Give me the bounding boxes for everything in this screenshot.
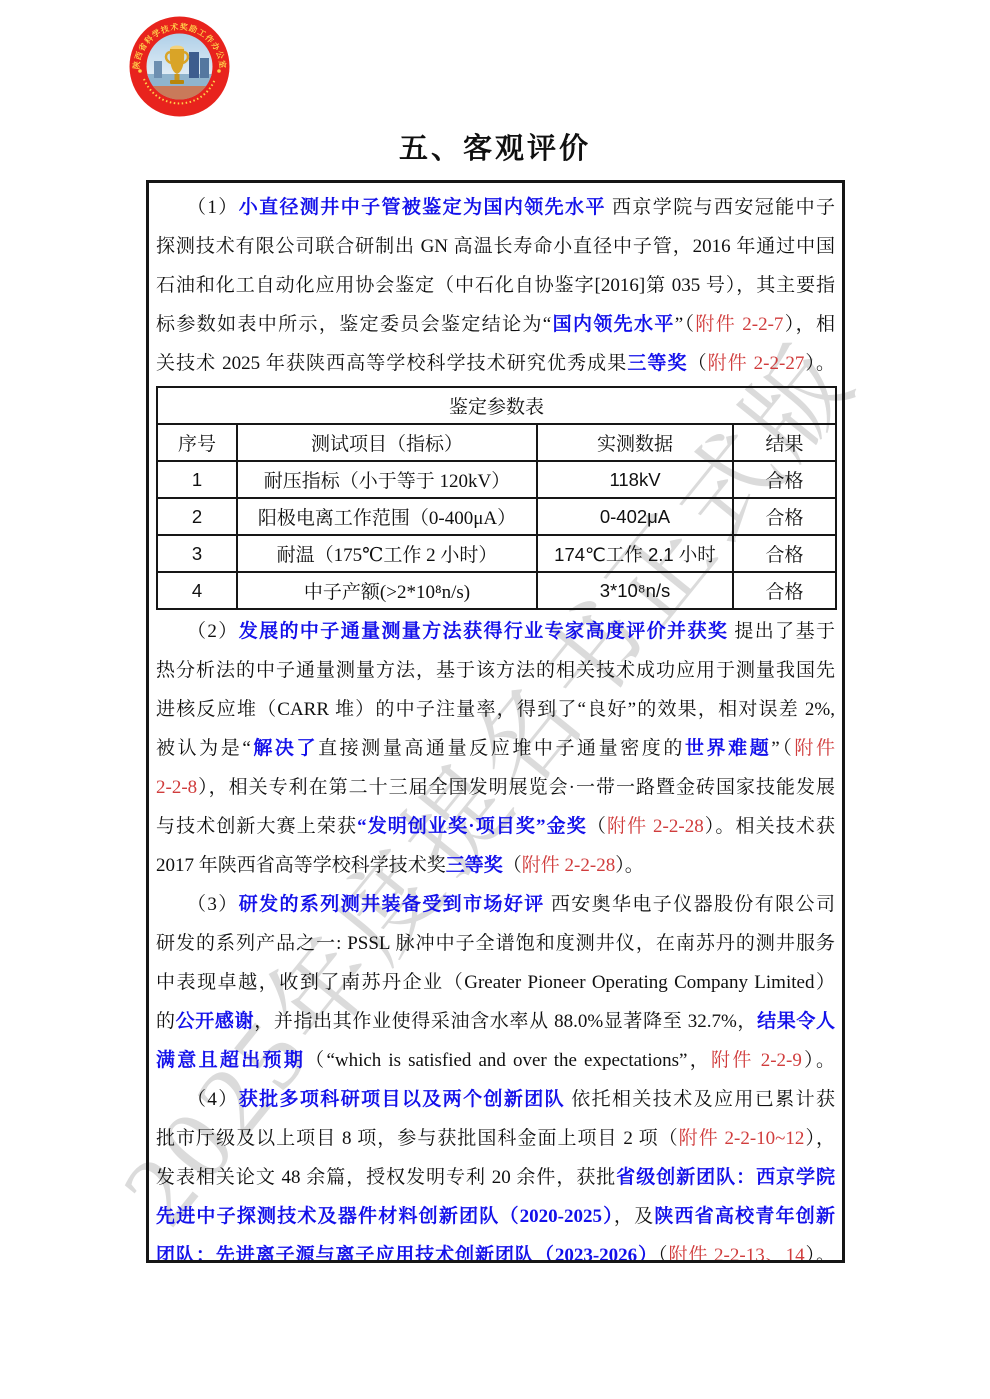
body-text: （ <box>503 855 522 876</box>
body-text: ）， <box>804 1128 835 1149</box>
paragraph-line: 进核反应堆（CARR 堆）的中子注量率，得到了“良好”的效果，相对误差 2%, <box>156 690 835 729</box>
body-text: ，及 <box>614 1206 654 1227</box>
paragraph-line: 被认为是“解决了直接测量高通量反应堆中子通量密度的世界难题”（附件 <box>156 729 835 768</box>
table-cell: 118kV <box>537 461 733 498</box>
highlight-text: 先进中子探测技术及器件材料创新团队（2020-2025） <box>156 1206 614 1227</box>
attachment-ref: 附件 2-2-27 <box>708 353 805 374</box>
column-header-test-item: 测试项目（指标） <box>237 424 537 461</box>
table-cell: 合格 <box>733 461 836 498</box>
table-cell: 174℃工作 2.1 小时 <box>537 535 733 572</box>
paragraph-line: 与技术创新大赛上荣获“发明创业奖·项目奖”金奖（附件 2-2-28）。相关技术获 <box>156 807 835 846</box>
body-text: ）。 <box>805 1245 835 1263</box>
body-text: 提出了基于 <box>728 621 835 642</box>
body-text: 的 <box>156 1011 176 1032</box>
body-text: ”（ <box>771 738 794 759</box>
paragraph-line: 研发的系列产品之一: PSSL 脉冲中子全谱饱和度测井仪，在南苏丹的测井服务 <box>156 924 835 963</box>
highlight-text: 公开感谢 <box>176 1011 255 1032</box>
table-cell: 中子产额(>2*10⁸n/s) <box>237 572 537 609</box>
paragraph-line: 团队：先进离子源与离子应用技术创新团队（2023-2026）（附件 2-2-13… <box>156 1236 835 1263</box>
attachment-ref: 附件 2-2-13、14 <box>668 1245 804 1263</box>
page-title: 五、客观评价 <box>0 126 990 167</box>
table-cell: 合格 <box>733 498 836 535</box>
highlight-text: 研发的系列测井装备受到市场好评 <box>239 894 545 915</box>
paragraph-line: 先进中子探测技术及器件材料创新团队（2020-2025），及陕西省高校青年创新 <box>156 1197 835 1236</box>
table-cell: 2 <box>157 498 237 535</box>
table-title: 鉴定参数表 <box>157 387 836 424</box>
logo-star-left <box>138 69 142 73</box>
body-text: ）。 <box>804 353 835 374</box>
body-text: 热分析法的中子通量测量方法，基于该方法的相关技术成功应用于测量我国先 <box>156 660 835 681</box>
body-text: 批市厅级及以上项目 8 项，参与获批国科金面上项目 2 项（ <box>156 1128 679 1149</box>
paragraphs: （2）发展的中子通量测量方法获得行业专家高度评价并获奖 提出了基于热分析法的中子… <box>156 612 835 1263</box>
body-text: ，并指出其作业使得采油含水率从 88.0%显著降至 32.7%， <box>254 1011 757 1032</box>
column-header-measured-data: 实测数据 <box>537 424 733 461</box>
body-text: （ <box>688 353 708 374</box>
body-text: （3） <box>187 894 239 915</box>
content-box: （1）小直径测井中子管被鉴定为国内领先水平 西京学院与西安冠能中子探测技术有限公… <box>146 180 845 1263</box>
table-cell: 合格 <box>733 535 836 572</box>
body-text: 研发的系列产品之一: PSSL 脉冲中子全谱饱和度测井仪，在南苏丹的测井服务 <box>156 933 835 954</box>
body-text: 西京学院与西安冠能中子 <box>606 197 835 218</box>
table-header-row: 序号 测试项目（指标） 实测数据 结果 <box>157 424 836 461</box>
body-text: 石油和化工自动化应用协会鉴定（中石化自协鉴字[2016]第 035 号），其主要… <box>156 275 835 296</box>
highlight-text: “发明创业奖·项目奖”金奖 <box>357 816 587 837</box>
body-text: 2017 年陕西省高等学校科学技术奖 <box>156 855 446 876</box>
body-text: （ <box>587 816 607 837</box>
highlight-text: 省级创新团队：西京学院 <box>616 1167 835 1188</box>
highlight-text: 陕西省高校青年创新 <box>654 1206 835 1227</box>
paragraph: （2）发展的中子通量测量方法获得行业专家高度评价并获奖 提出了基于热分析法的中子… <box>156 612 835 885</box>
table-title-row: 鉴定参数表 <box>157 387 836 424</box>
highlight-text: 三等奖 <box>627 353 687 374</box>
paragraph-line: 批市厅级及以上项目 8 项，参与获批国科金面上项目 2 项（附件 2-2-10~… <box>156 1119 835 1158</box>
paragraph-line: 的公开感谢，并指出其作业使得采油含水率从 88.0%显著降至 32.7%，结果令… <box>156 1002 835 1041</box>
paragraph-line: 中表现卓越，收到了南苏丹企业（Greater Pioneer Operating… <box>156 963 835 1002</box>
table-row: 4中子产额(>2*10⁸n/s)3*10⁸n/s合格 <box>157 572 836 609</box>
attachment-ref: 附件 2-2-10~12 <box>679 1128 805 1149</box>
paragraph-line: 2017 年陕西省高等学校科学技术奖三等奖（附件 2-2-28）。 <box>156 846 835 885</box>
paragraph: （1）小直径测井中子管被鉴定为国内领先水平 西京学院与西安冠能中子探测技术有限公… <box>156 188 835 383</box>
paragraph-line: （1）小直径测井中子管被鉴定为国内领先水平 西京学院与西安冠能中子 <box>156 188 835 227</box>
body-text: （2） <box>187 621 239 642</box>
paragraph-line: 热分析法的中子通量测量方法，基于该方法的相关技术成功应用于测量我国先 <box>156 651 835 690</box>
highlight-text: 解决了 <box>251 738 318 759</box>
body-text: ），相 <box>783 314 835 335</box>
paragraph-line: （3）研发的系列测井装备受到市场好评 西安奥华电子仪器股份有限公司 <box>156 885 835 924</box>
body-text: 标参数如表中所示，鉴定委员会鉴定结论为“ <box>156 314 551 335</box>
table-body: 1耐压指标（小于等于 120kV）118kV合格2阳极电离工作范围（0-400μ… <box>157 461 836 609</box>
table-cell: 耐压指标（小于等于 120kV） <box>237 461 537 498</box>
column-header-index: 序号 <box>157 424 237 461</box>
body-text: ）。相关技术获 <box>704 816 835 837</box>
highlight-text: 结果令人 <box>757 1011 835 1032</box>
body-text: （4） <box>187 1089 239 1110</box>
table-cell: 4 <box>157 572 237 609</box>
body-text: ”（ <box>675 314 696 335</box>
appraisal-parameters-table: 鉴定参数表 序号 测试项目（指标） 实测数据 结果 1耐压指标（小于等于 120… <box>156 386 837 610</box>
body-text: 被认为是“ <box>156 738 251 759</box>
highlight-text: 团队：先进离子源与离子应用技术创新团队（2023-2026） <box>156 1245 658 1263</box>
body-text: 西安奥华电子仪器股份有限公司 <box>545 894 835 915</box>
body-text: 与技术创新大赛上荣获 <box>156 816 357 837</box>
highlight-text: 国内领先水平 <box>551 314 675 335</box>
paragraph-line: （2）发展的中子通量测量方法获得行业专家高度评价并获奖 提出了基于 <box>156 612 835 651</box>
table-cell: 1 <box>157 461 237 498</box>
table-cell: 阳极电离工作范围（0-400μA） <box>237 498 537 535</box>
highlight-text: 发展的中子通量测量方法获得行业专家高度评价并获奖 <box>239 621 729 642</box>
paragraph-line: 标参数如表中所示，鉴定委员会鉴定结论为“国内领先水平”（附件 2-2-7），相 <box>156 305 835 344</box>
body-text: ），相关专利在第二十三届全国发明展览会·一带一路暨金砖国家技能发展 <box>197 777 835 798</box>
paragraph-line: 2-2-8），相关专利在第二十三届全国发明展览会·一带一路暨金砖国家技能发展 <box>156 768 835 807</box>
paragraph-line: 关技术 2025 年获陕西高等学校科学技术研究优秀成果三等奖（附件 2-2-27… <box>156 344 835 383</box>
table-row: 2阳极电离工作范围（0-400μA）0-402μA合格 <box>157 498 836 535</box>
paragraph-line: （4）获批多项科研项目以及两个创新团队 依托相关技术及应用已累计获 <box>156 1080 835 1119</box>
body-text: 进核反应堆（CARR 堆）的中子注量率，得到了“良好”的效果，相对误差 2%, <box>156 699 835 720</box>
highlight-text: 小直径测井中子管被鉴定为国内领先水平 <box>239 197 606 218</box>
body-text: 中表现卓越，收到了南苏丹企业（Greater Pioneer Operating… <box>156 972 835 993</box>
attachment-ref: 2-2-8 <box>156 777 197 798</box>
paragraph-line: 石油和化工自动化应用协会鉴定（中石化自协鉴字[2016]第 035 号），其主要… <box>156 266 835 305</box>
table-row: 1耐压指标（小于等于 120kV）118kV合格 <box>157 461 836 498</box>
attachment-ref: 附件 2-2-7 <box>695 314 783 335</box>
paragraph-line: 发表相关论文 48 余篇，授权发明专利 20 余件，获批省级创新团队：西京学院 <box>156 1158 835 1197</box>
award-office-logo: 陕西省科学技术奖励工作办公室 <box>127 14 232 119</box>
body-text: 关技术 2025 年获陕西高等学校科学技术研究优秀成果 <box>156 353 627 374</box>
highlight-text: 满意且超出预期 <box>156 1050 305 1071</box>
body-text: ）。 <box>802 1050 835 1071</box>
paragraph: （4）获批多项科研项目以及两个创新团队 依托相关技术及应用已累计获批市厅级及以上… <box>156 1080 835 1263</box>
column-header-result: 结果 <box>733 424 836 461</box>
body-text: ）。 <box>615 855 644 876</box>
document-page: 陕西省科学技术奖励工作办公室 五、客观评价 2025年度提名书正式版 （1）小直… <box>0 0 990 1399</box>
logo-star-right <box>217 69 221 73</box>
body-text: 依托相关技术及应用已累计获 <box>565 1089 835 1110</box>
paragraph: （3）研发的系列测井装备受到市场好评 西安奥华电子仪器股份有限公司研发的系列产品… <box>156 885 835 1080</box>
paragraph-line: 满意且超出预期（“which is satisfied and over the… <box>156 1041 835 1080</box>
table-cell: 合格 <box>733 572 836 609</box>
table-row: 3耐温（175℃工作 2 小时）174℃工作 2.1 小时合格 <box>157 535 836 572</box>
highlight-text: 世界难题 <box>685 738 771 759</box>
attachment-ref: 附件 2-2-9 <box>711 1050 802 1071</box>
body-text: （ <box>658 1245 668 1263</box>
highlight-text: 获批多项科研项目以及两个创新团队 <box>239 1089 565 1110</box>
table-cell: 3 <box>157 535 237 572</box>
attachment-ref: 附件 2-2-28 <box>607 816 704 837</box>
body-text: 探测技术有限公司联合研制出 GN 高温长寿命小直径中子管，2016 年通过中国 <box>156 236 835 257</box>
table-cell: 0-402μA <box>537 498 733 535</box>
body-text: （“which is satisfied and over the expect… <box>305 1050 711 1071</box>
paragraph-line: 探测技术有限公司联合研制出 GN 高温长寿命小直径中子管，2016 年通过中国 <box>156 227 835 266</box>
attachment-ref: 附件 <box>794 738 835 759</box>
table-cell: 耐温（175℃工作 2 小时） <box>237 535 537 572</box>
body-text: 直接测量高通量反应堆中子通量密度的 <box>318 738 685 759</box>
highlight-text: 三等奖 <box>446 855 503 876</box>
table-cell: 3*10⁸n/s <box>537 572 733 609</box>
attachment-ref: 附件 2-2-28 <box>522 855 615 876</box>
body-text: （1） <box>187 197 239 218</box>
body-text: 发表相关论文 48 余篇，授权发明专利 20 余件，获批 <box>156 1167 616 1188</box>
